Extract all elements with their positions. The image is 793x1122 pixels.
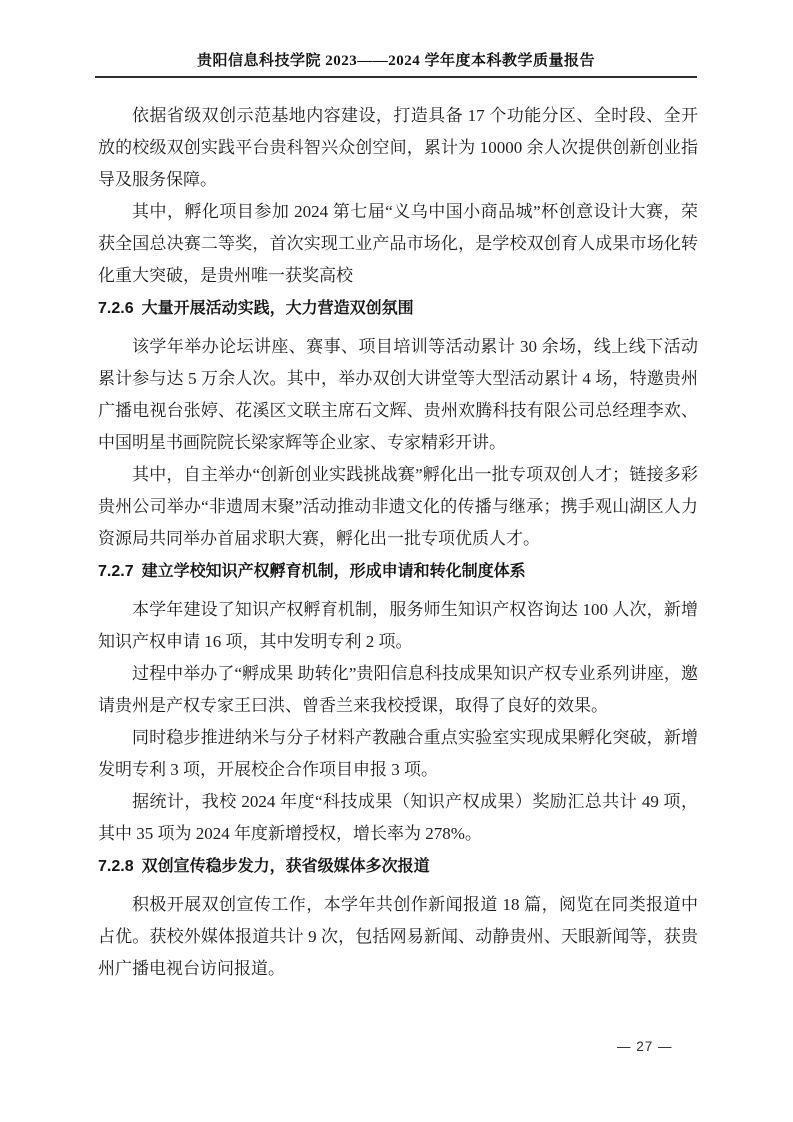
heading-7-2-7: 7.2.7建立学校知识产权孵育机制，形成申请和转化制度体系 bbox=[98, 560, 698, 584]
document-page: 贵阳信息科技学院 2023——2024 学年度本科教学质量报告 依据省级双创示范… bbox=[0, 0, 793, 1122]
heading-number: 7.2.6 bbox=[98, 300, 134, 317]
heading-title: 建立学校知识产权孵育机制，形成申请和转化制度体系 bbox=[142, 563, 526, 580]
heading-number: 7.2.8 bbox=[98, 858, 134, 875]
header-title: 贵阳信息科技学院 2023——2024 学年度本科教学质量报告 bbox=[197, 53, 595, 69]
heading-number: 7.2.7 bbox=[98, 563, 134, 580]
heading-7-2-8: 7.2.8双创宣传稳步发力，获省级媒体多次报道 bbox=[98, 855, 698, 879]
paragraph-media: 积极开展双创宣传工作，本学年共创作新闻报道 18 篇，阅览在同类报道中占优。获校… bbox=[98, 889, 698, 985]
paragraph-intro-1: 依据省级双创示范基地内容建设，打造具备 17 个功能分区、全时段、全开放的校级双… bbox=[98, 100, 698, 196]
paragraph-activities-2: 其中，自主举办“创新创业实践挑战赛”孵化出一批专项双创人才；链接多彩贵州公司举办… bbox=[98, 459, 698, 555]
heading-7-2-6: 7.2.6大量开展活动实践，大力营造双创氛围 bbox=[98, 297, 698, 321]
paragraph-ip-4: 据统计，我校 2024 年度“科技成果（知识产权成果）奖励汇总共计 49 项，其… bbox=[98, 786, 698, 850]
page-number: — 27 — bbox=[617, 1039, 673, 1054]
heading-title: 双创宣传稳步发力，获省级媒体多次报道 bbox=[142, 858, 430, 875]
paragraph-ip-2: 过程中举办了“孵成果 助转化”贵阳信息科技成果知识产权专业系列讲座，邀请贵州是产… bbox=[98, 658, 698, 722]
paragraph-activities-1: 该学年举办论坛讲座、赛事、项目培训等活动累计 30 余场，线上线下活动累计参与达… bbox=[98, 331, 698, 459]
heading-title: 大量开展活动实践，大力营造双创氛围 bbox=[142, 300, 414, 317]
paragraph-ip-1: 本学年建设了知识产权孵育机制，服务师生知识产权咨询达 100 人次，新增知识产权… bbox=[98, 594, 698, 658]
paragraph-intro-2: 其中，孵化项目参加 2024 第七届“义乌中国小商品城”杯创意设计大赛，荣获全国… bbox=[98, 196, 698, 292]
page-header: 贵阳信息科技学院 2023——2024 学年度本科教学质量报告 bbox=[95, 49, 697, 78]
paragraph-ip-3: 同时稳步推进纳米与分子材料产教融合重点实验室实现成果孵化突破，新增发明专利 3 … bbox=[98, 722, 698, 786]
page-content: 依据省级双创示范基地内容建设，打造具备 17 个功能分区、全时段、全开放的校级双… bbox=[98, 100, 698, 985]
